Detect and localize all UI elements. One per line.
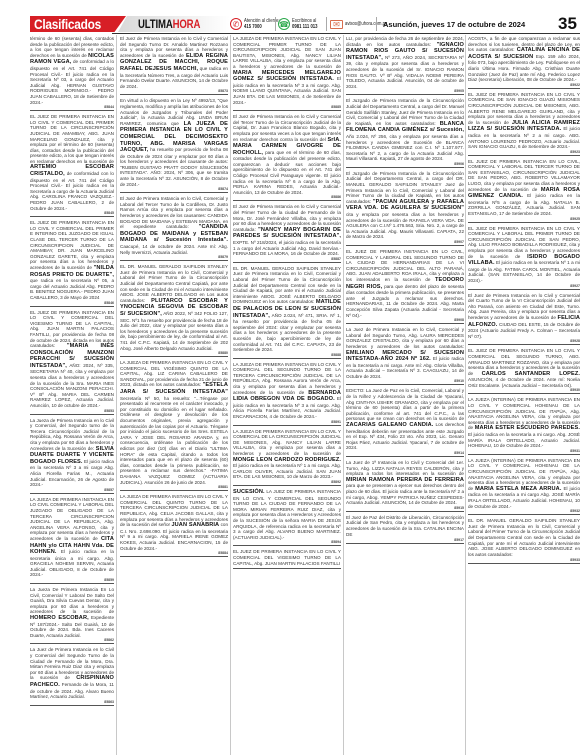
legal-notice: término de 60 (sesenta) días, contados d… <box>30 35 114 111</box>
notice-code: 85874 <box>120 187 228 191</box>
notice-code: 85933 <box>468 558 580 562</box>
notice-code: 85923 <box>468 150 580 154</box>
legal-notice: El Juez de Paz del Distrito de Liberació… <box>346 514 464 544</box>
notice-code: 85908 <box>346 318 464 322</box>
notice-code: 85894 <box>233 540 341 544</box>
column-3: LA JUEZA DE PRIMERA INSTANCIA EN LO CIVI… <box>233 35 341 755</box>
notice-code: 85886 <box>233 195 341 199</box>
notice-code: 85931 <box>468 449 580 453</box>
notice-text: EL JUEZ DE PRIMERA INSTANCIA EN LO CIVIL… <box>468 92 580 150</box>
column-divider <box>230 35 231 755</box>
legal-notice: EL JUEZ DE PRIMERA INSTANCIA EN LO CIVIL… <box>346 248 464 324</box>
legal-notice: En virtud a lo dispuesto en la Ley Nº 49… <box>120 97 228 193</box>
notice-text: La Juez de Primera Instancia en lo Civil… <box>30 647 114 699</box>
legal-notice: La Jueza de Primera Instancia en lo Civi… <box>30 417 114 494</box>
notice-code: 85862 <box>30 638 114 642</box>
divider <box>376 17 377 31</box>
page-number: 35 <box>558 14 577 34</box>
legal-notice: El Juez de Primera Instancia en lo Civil… <box>120 195 228 261</box>
notice-code: 85915 <box>346 506 464 510</box>
column-divider <box>465 35 466 755</box>
notice-code: 85845 <box>30 211 114 215</box>
legal-notice: El Juez de Primera Instancia en lo Civil… <box>233 203 341 262</box>
column-1: término de 60 (sesenta) días, contados d… <box>30 35 114 755</box>
notice-text: EL DR. MANUEL GERALDO SAIFILDIN STANLEY … <box>120 264 228 351</box>
section-title: Clasificados <box>34 16 101 32</box>
deceased-name: ZACARIAS GALEANO CANDIA. <box>346 422 433 428</box>
deceased-name: HOMERO ESCOBAR, <box>30 615 89 621</box>
legal-notice: EL JUEZ DE PRIMERA INSTANCIA EN LO CIVIL… <box>468 158 580 223</box>
deceased-name: MONGE LEON CARDOZO RODRIGUEZ. <box>233 457 341 463</box>
legal-notice: LA JUEZA DE PRIMERA INSTANCIA EN LO CIVI… <box>120 359 228 491</box>
legal-notice: LA JUEZA DE PRIMERA INSTANCIA EN LO CIVI… <box>233 428 341 486</box>
notice-text: EL JUEZ DE PRIMERA INSTANCIA EN LO CIVIL… <box>30 310 114 409</box>
column-4: LLI, por providencia de fecha 26 de sept… <box>346 35 464 755</box>
notice-text: EL JUEZ DE PRIMERA INSTANCIA EN LO CIVIL… <box>468 348 580 388</box>
notice-text: El Juzgado de Primera Instancia de la Ci… <box>346 98 464 162</box>
notice-text: La Jueza De Primera Instancia En Lo Civi… <box>30 587 114 638</box>
legal-notice: SUCESIÓN. LA JUEZ DE PRIMERA INSTANCIA E… <box>233 488 341 546</box>
notice-code: 85885 <box>233 105 341 109</box>
notice-code: 85881 <box>120 485 228 489</box>
notice-code: 85884 <box>120 551 228 555</box>
notice-code: 85888 <box>233 353 341 357</box>
legal-notice: El Juez de Primera Instancia en lo Civil… <box>233 113 341 201</box>
column-divider <box>116 35 117 755</box>
notice-text: EL JUEZ DE PRIMERA INSTANCIA EN LO CIVIL… <box>30 220 114 300</box>
notice-code: 85859 <box>30 578 114 582</box>
notice-code: 85891 <box>233 420 341 424</box>
legal-notice: EL JUEZ DE PRIMERA INSTANCIA EN LO CIVIL… <box>468 347 580 394</box>
notice-text: EDICTO: La Juez de Paz en lo Civil, Come… <box>346 388 464 451</box>
notice-code: 85880 <box>120 351 228 355</box>
notice-text: La Juez de 1ª Instancia en lo Civil y Co… <box>346 460 464 506</box>
legal-notice: La Jueza De Primera Instancia En Lo Civi… <box>30 586 114 644</box>
notice-text: El Juez de Primera Instancia en lo Civil… <box>120 36 228 89</box>
notice-text: La Juez de Primera Instancia en lo Civil… <box>346 327 464 379</box>
notice-text: LA JUEZA DE PRIMERA INSTANCIA EN LO CIVI… <box>120 360 228 485</box>
deceased-name: MIRIAN RAMONA PEREIRA DE FERREIRA <box>346 477 464 483</box>
legal-notice: LLI, por providencia de fecha 26 de sept… <box>346 35 464 95</box>
notice-text: EL DR. MANUEL GERALDO SAIFILDIN STANLEY … <box>468 518 580 558</box>
legal-notice: EDICTO: La Juez de Paz en lo Civil, Come… <box>346 387 464 457</box>
notice-code: 85928 <box>468 339 580 343</box>
legal-notice: EL JUEZ DE PRIMERA INSTANCIA EN LO CIVIL… <box>30 113 114 217</box>
page-header: Clasificados ULTIMAHORA ✆ Atención al cl… <box>30 16 580 32</box>
deceased-name: MARIA ESTELA MEZA ARRUA. <box>475 486 561 492</box>
legal-notice: LA JUEZA (INTERINA) DE PRIMERA INSTANCIA… <box>468 457 580 515</box>
deceased-name: SUCESIÓN. <box>233 489 265 495</box>
notice-code: 85907 <box>346 240 464 244</box>
phone-icon: ✆ <box>230 18 242 30</box>
notice-code: 85930 <box>468 388 580 392</box>
legal-notice: La Juez de Primera Instancia en lo Civil… <box>346 326 464 385</box>
notice-text: EL DR. MANUEL GERALDO SAIFILDIN STANLEY … <box>233 266 341 353</box>
envelope-icon: ✉ <box>330 20 343 29</box>
legal-notice: El Juez de Primera Instancia en lo Civil… <box>120 35 228 95</box>
legal-notice: EL JUEZ DE PRIMERA INSTANCIA EN LO CIVIL… <box>30 219 114 306</box>
notice-code: 85846 <box>30 301 114 305</box>
notice-text: La Jueza de Primera Instancia en lo Civi… <box>30 418 114 488</box>
notice-text: El Juez de Primera Instancia en lo Civil… <box>120 196 228 255</box>
newspaper-logo: ULTIMAHORA <box>138 18 200 30</box>
notice-text: LA JUEZA (INTERINA) DE PRIMERA INSTANCIA… <box>468 397 580 448</box>
notice-code: 85853 <box>30 409 114 413</box>
notice-code: 85932 <box>468 509 580 513</box>
notice-text: El Juez de Primera Instancia en lo Civil… <box>468 293 580 340</box>
notice-code: 85917 <box>346 538 464 542</box>
notice-text: LA JUEZA DE PRIMERA INSTANCIA EN LO CIVI… <box>120 494 228 551</box>
publication-date: Asunción, jueves 17 de octubre de 2024 <box>383 20 525 29</box>
deceased-name: MARIA MERCEDES MELGAREJO GOMEZ S/ SUCESI… <box>233 70 341 83</box>
legal-notice: LA JUEZA DE PRIMERA INSTANCIA EN LO CIVI… <box>120 493 228 557</box>
notice-text: LA JUEZA (INTERINA) DE PRIMERA INSTANCIA… <box>468 458 580 509</box>
header-rule <box>112 33 580 34</box>
notice-text: LA JUEZA DE PRIMERA INSTANCIA EN LO CIVI… <box>233 362 341 420</box>
notice-code: 85925 <box>468 217 580 221</box>
notice-text: ACOSTA, a fin de que comparezcan a recla… <box>468 36 580 83</box>
notice-code: 85906 <box>346 162 464 166</box>
notice-text: EL JUEZ DE PRIMERA INSTANCIA EN LO CIVIL… <box>468 226 580 284</box>
legal-notice: LA JUEZA DE PRIMERA INSTANCIA EN LO CIVI… <box>233 361 341 426</box>
deceased-name: CARLOS SANTANDER LOPEZ. <box>482 371 580 377</box>
column-2: El Juez de Primera Instancia en lo Civil… <box>120 35 228 755</box>
notice-text: EL JUEZ DE PRIMERA INSTANCIA EN LO CIVIL… <box>346 249 464 318</box>
legal-notice: La Juez de Primera Instancia en lo Civil… <box>30 646 114 705</box>
notice-code: 85857 <box>30 488 114 492</box>
notice-code: 85844 <box>30 105 114 109</box>
legal-notice: ACOSTA, a fin de que comparezcan a recla… <box>468 35 580 89</box>
notice-text: SUCESIÓN. LA JUEZ DE PRIMERA INSTANCIA E… <box>233 489 341 540</box>
notice-text: LA JUEZA DE PRIMERA INSTANCIA EN LO CIVI… <box>233 429 341 480</box>
legal-notice: LA JUEZA (INTERINA) DE PRIMERA INSTANCIA… <box>468 396 580 454</box>
legal-notice: EL DR. MANUEL GERALDO SAIFILDIN STANLEY … <box>233 265 341 359</box>
deceased-name: JUAN SANABRIA <box>171 522 219 528</box>
legal-notice: El Juzgado de Primera Instancia de la Ci… <box>346 170 464 246</box>
legal-notice: La Juez de 1ª Instancia en lo Civil y Co… <box>346 459 464 512</box>
legal-notice: LA JUEZA DE PRIMERA INSTANCIA EN LO CIVI… <box>233 35 341 111</box>
notice-text: EL JUEZ DE PRIMERA INSTANCIA EN LO CIVIL… <box>30 114 114 211</box>
legal-notice: El Juez de Primera Instancia en lo Civil… <box>468 292 580 346</box>
notice-code: 85873 <box>120 89 228 93</box>
legal-notice: EL DR. MANUEL GERALDO SAIFILDIN STANLEY … <box>468 517 580 564</box>
legal-notice: EL JUEZ DE PRIMERA INSTANCIA EN LO CIVIL… <box>233 548 341 569</box>
notice-text: EL JUEZ DE PRIMERA INSTANCIA EN LO CIVIL… <box>233 549 341 567</box>
notice-text: LLI, por providencia de fecha 26 de sept… <box>346 36 464 89</box>
section-banner: Clasificados <box>30 16 126 32</box>
notice-text: El Juzgado de Primera Instancia de la Ci… <box>346 171 464 240</box>
notice-code: 85914 <box>346 451 464 455</box>
notice-text: El Juez de Primera Instancia en lo Civil… <box>233 204 341 256</box>
notice-text: LA JUEZA DE PRIMERA INSTANCIA EN LO CIVI… <box>30 497 114 578</box>
newspaper-page: Clasificados ULTIMAHORA ✆ Atención al cl… <box>0 0 580 756</box>
notice-code: 85863 <box>30 700 114 704</box>
notice-code: 85910 <box>346 379 464 383</box>
notice-text: En virtud a lo dispuesto en la Ley Nº 49… <box>120 98 228 187</box>
column-5: ACOSTA, a fin de que comparezcan a recla… <box>468 35 580 755</box>
legal-notice: EL JUEZ DE PRIMERA INSTANCIA EN LO CIVIL… <box>468 91 580 156</box>
legal-notice: El Juzgado de Primera Instancia de la Ci… <box>346 97 464 168</box>
notice-text: El Juez de Primera Instancia en lo Civil… <box>233 114 341 195</box>
legal-notice: EL JUEZ DE PRIMERA INSTANCIA EN LO CIVIL… <box>30 309 114 415</box>
whatsapp-icon: ☎ <box>278 18 290 30</box>
notice-code: 85879 <box>120 255 228 259</box>
notice-text: EL JUEZ DE PRIMERA INSTANCIA EN LO CIVIL… <box>468 159 580 217</box>
whatsapp-contact: ☎ Escríbinos al 0981 111 013 <box>278 16 322 32</box>
notice-code: 85887 <box>233 257 341 261</box>
legal-notice: LA JUEZA DE PRIMERA INSTANCIA EN LO CIVI… <box>30 496 114 584</box>
notice-code: 85922 <box>468 83 580 87</box>
classifieds-columns: término de 60 (sesenta) días, contados d… <box>4 35 578 755</box>
deceased-name: MARIA ESTER ESCUDERO PAREDES. <box>475 425 580 431</box>
notice-text: El Juez de Paz del Distrito de Liberació… <box>346 515 464 538</box>
notice-code: 85905 <box>346 89 464 93</box>
divider <box>275 17 276 31</box>
notice-code: 85892 <box>233 480 341 484</box>
legal-notice: EL JUEZ DE PRIMERA INSTANCIA EN LO CIVIL… <box>468 225 580 290</box>
legal-notice: EL DR. MANUEL GERALDO SAIFILDIN STANLEY … <box>120 263 228 357</box>
divider <box>326 17 327 31</box>
notice-text: término de 60 (sesenta) días, contados d… <box>30 36 114 105</box>
column-divider <box>343 35 344 755</box>
notice-code: 85927 <box>468 284 580 288</box>
notice-text: LA JUEZA DE PRIMERA INSTANCIA EN LO CIVI… <box>233 36 341 105</box>
